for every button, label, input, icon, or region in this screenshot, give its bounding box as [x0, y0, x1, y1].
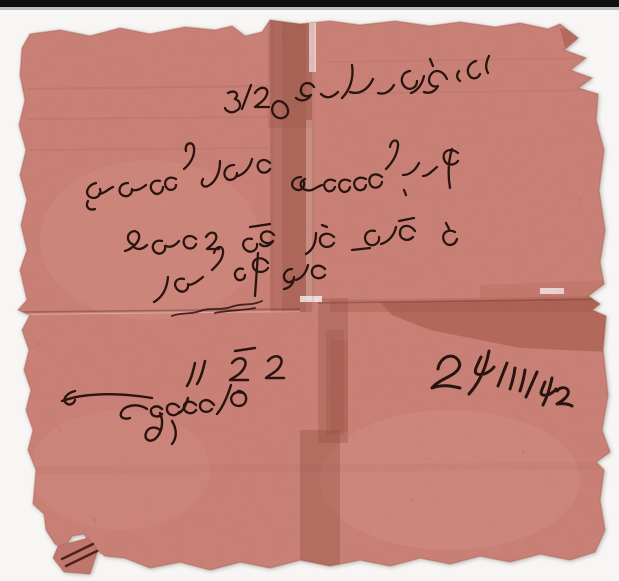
scanner-edge-bar-fade — [0, 7, 619, 10]
scanned-document — [0, 0, 619, 581]
scanner-edge-bar — [0, 0, 619, 7]
paper-texture — [0, 0, 619, 581]
paper — [0, 0, 619, 581]
